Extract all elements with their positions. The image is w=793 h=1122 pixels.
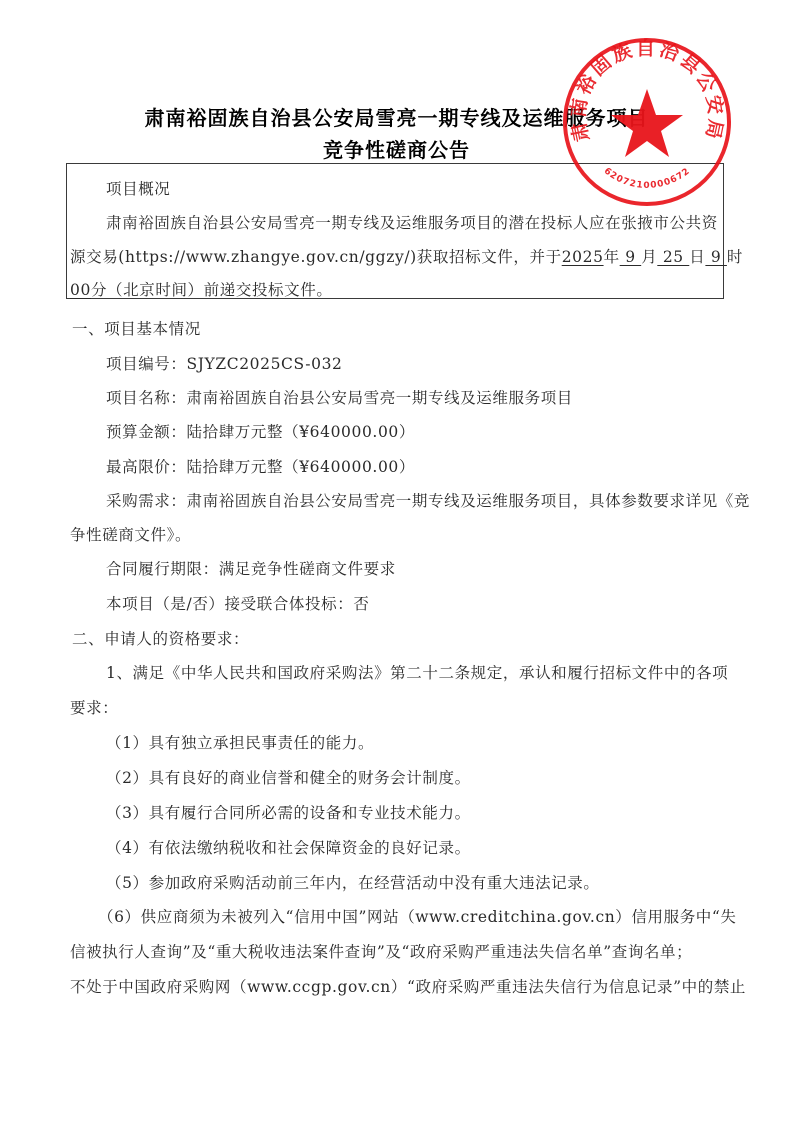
procurement-requirement-line2: 争性磋商文件》。 xyxy=(70,523,191,545)
qualification-item6-line2: 信被执行人查询”及“重大税收违法案件查询”及“政府采购严重违法失信名单”查询名单… xyxy=(70,940,692,962)
deadline-month: 9 xyxy=(620,248,642,266)
qualification-sub-item: （3）具有履行合同所必需的设备和专业技术能力。 xyxy=(106,801,471,823)
section2-heading: 二、申请人的资格要求： xyxy=(72,627,249,649)
overview-heading: 项目概况 xyxy=(106,177,170,199)
project-number: 项目编号：SJYZC2025CS-032 xyxy=(106,352,343,374)
overview-text-prefix: 源交易(https://www.zhangye.gov.cn/ggzy/)获取招… xyxy=(70,248,562,266)
project-name: 项目名称：肃南裕固族自治县公安局雪亮一期专线及运维服务项目 xyxy=(106,386,573,408)
consortium-bid: 本项目（是/否）接受联合体投标：否 xyxy=(106,592,369,614)
year-unit: 年 xyxy=(604,248,620,266)
official-seal-stamp: 肃南裕固族自治县公安局 6207210000672 xyxy=(562,37,732,207)
qualification-item1-line2: 要求： xyxy=(70,696,118,718)
svg-text:6207210000672: 6207210000672 xyxy=(602,166,693,191)
deadline-year: 2025 xyxy=(562,248,604,266)
stamp-code: 6207210000672 xyxy=(602,166,693,191)
overview-text-line1: 肃南裕固族自治县公安局雪亮一期专线及运维服务项目的潜在投标人应在张掖市公共资 xyxy=(106,211,718,233)
qualification-sub-item: （2）具有良好的商业信誉和健全的财务会计制度。 xyxy=(106,766,471,788)
qualification-sub-item: （4）有依法缴纳税收和社会保障资金的良好记录。 xyxy=(106,836,471,858)
budget-amount: 预算金额：陆拾肆万元整（¥640000.00） xyxy=(106,420,415,442)
overview-text-suffix: 分（北京时间）前递交投标文件。 xyxy=(91,281,333,299)
max-price: 最高限价：陆拾肆万元整（¥640000.00） xyxy=(106,455,415,477)
day-unit: 日 xyxy=(689,248,705,266)
month-unit: 月 xyxy=(641,248,657,266)
procurement-requirement-line1: 采购需求：肃南裕固族自治县公安局雪亮一期专线及运维服务项目，具体参数要求详见《竞 xyxy=(106,489,750,511)
deadline-hour: 9 xyxy=(705,248,727,266)
star-icon xyxy=(611,89,683,157)
qualification-item1-line1: 1、满足《中华人民共和国政府采购法》第二十二条规定，承认和履行招标文件中的各项 xyxy=(106,661,728,683)
contract-period: 合同履行期限：满足竞争性磋商文件要求 xyxy=(106,557,396,579)
hour-unit: 时 xyxy=(727,248,743,266)
overview-text-line2: 源交易(https://www.zhangye.gov.cn/ggzy/)获取招… xyxy=(70,245,743,267)
section1-heading: 一、项目基本情况 xyxy=(72,317,201,339)
qualification-item6-line1: （6）供应商须为未被列入“信用中国”网站（www.creditchina.gov… xyxy=(98,905,737,927)
deadline-day: 25 xyxy=(657,248,689,266)
overview-text-line3: 00分（北京时间）前递交投标文件。 xyxy=(70,278,332,300)
qualification-sub-item: （5）参加政府采购活动前三年内，在经营活动中没有重大违法记录。 xyxy=(106,871,599,893)
document-page: 肃南裕固族自治县公安局雪亮一期专线及运维服务项目 竞争性磋商公告 项目概况 肃南… xyxy=(0,0,793,1122)
deadline-minute: 00 xyxy=(70,281,91,299)
qualification-item6-line3: 不处于中国政府采购网（www.ccgp.gov.cn）“政府采购严重违法失信行为… xyxy=(70,975,746,997)
qualification-sub-item: （1）具有独立承担民事责任的能力。 xyxy=(106,731,374,753)
